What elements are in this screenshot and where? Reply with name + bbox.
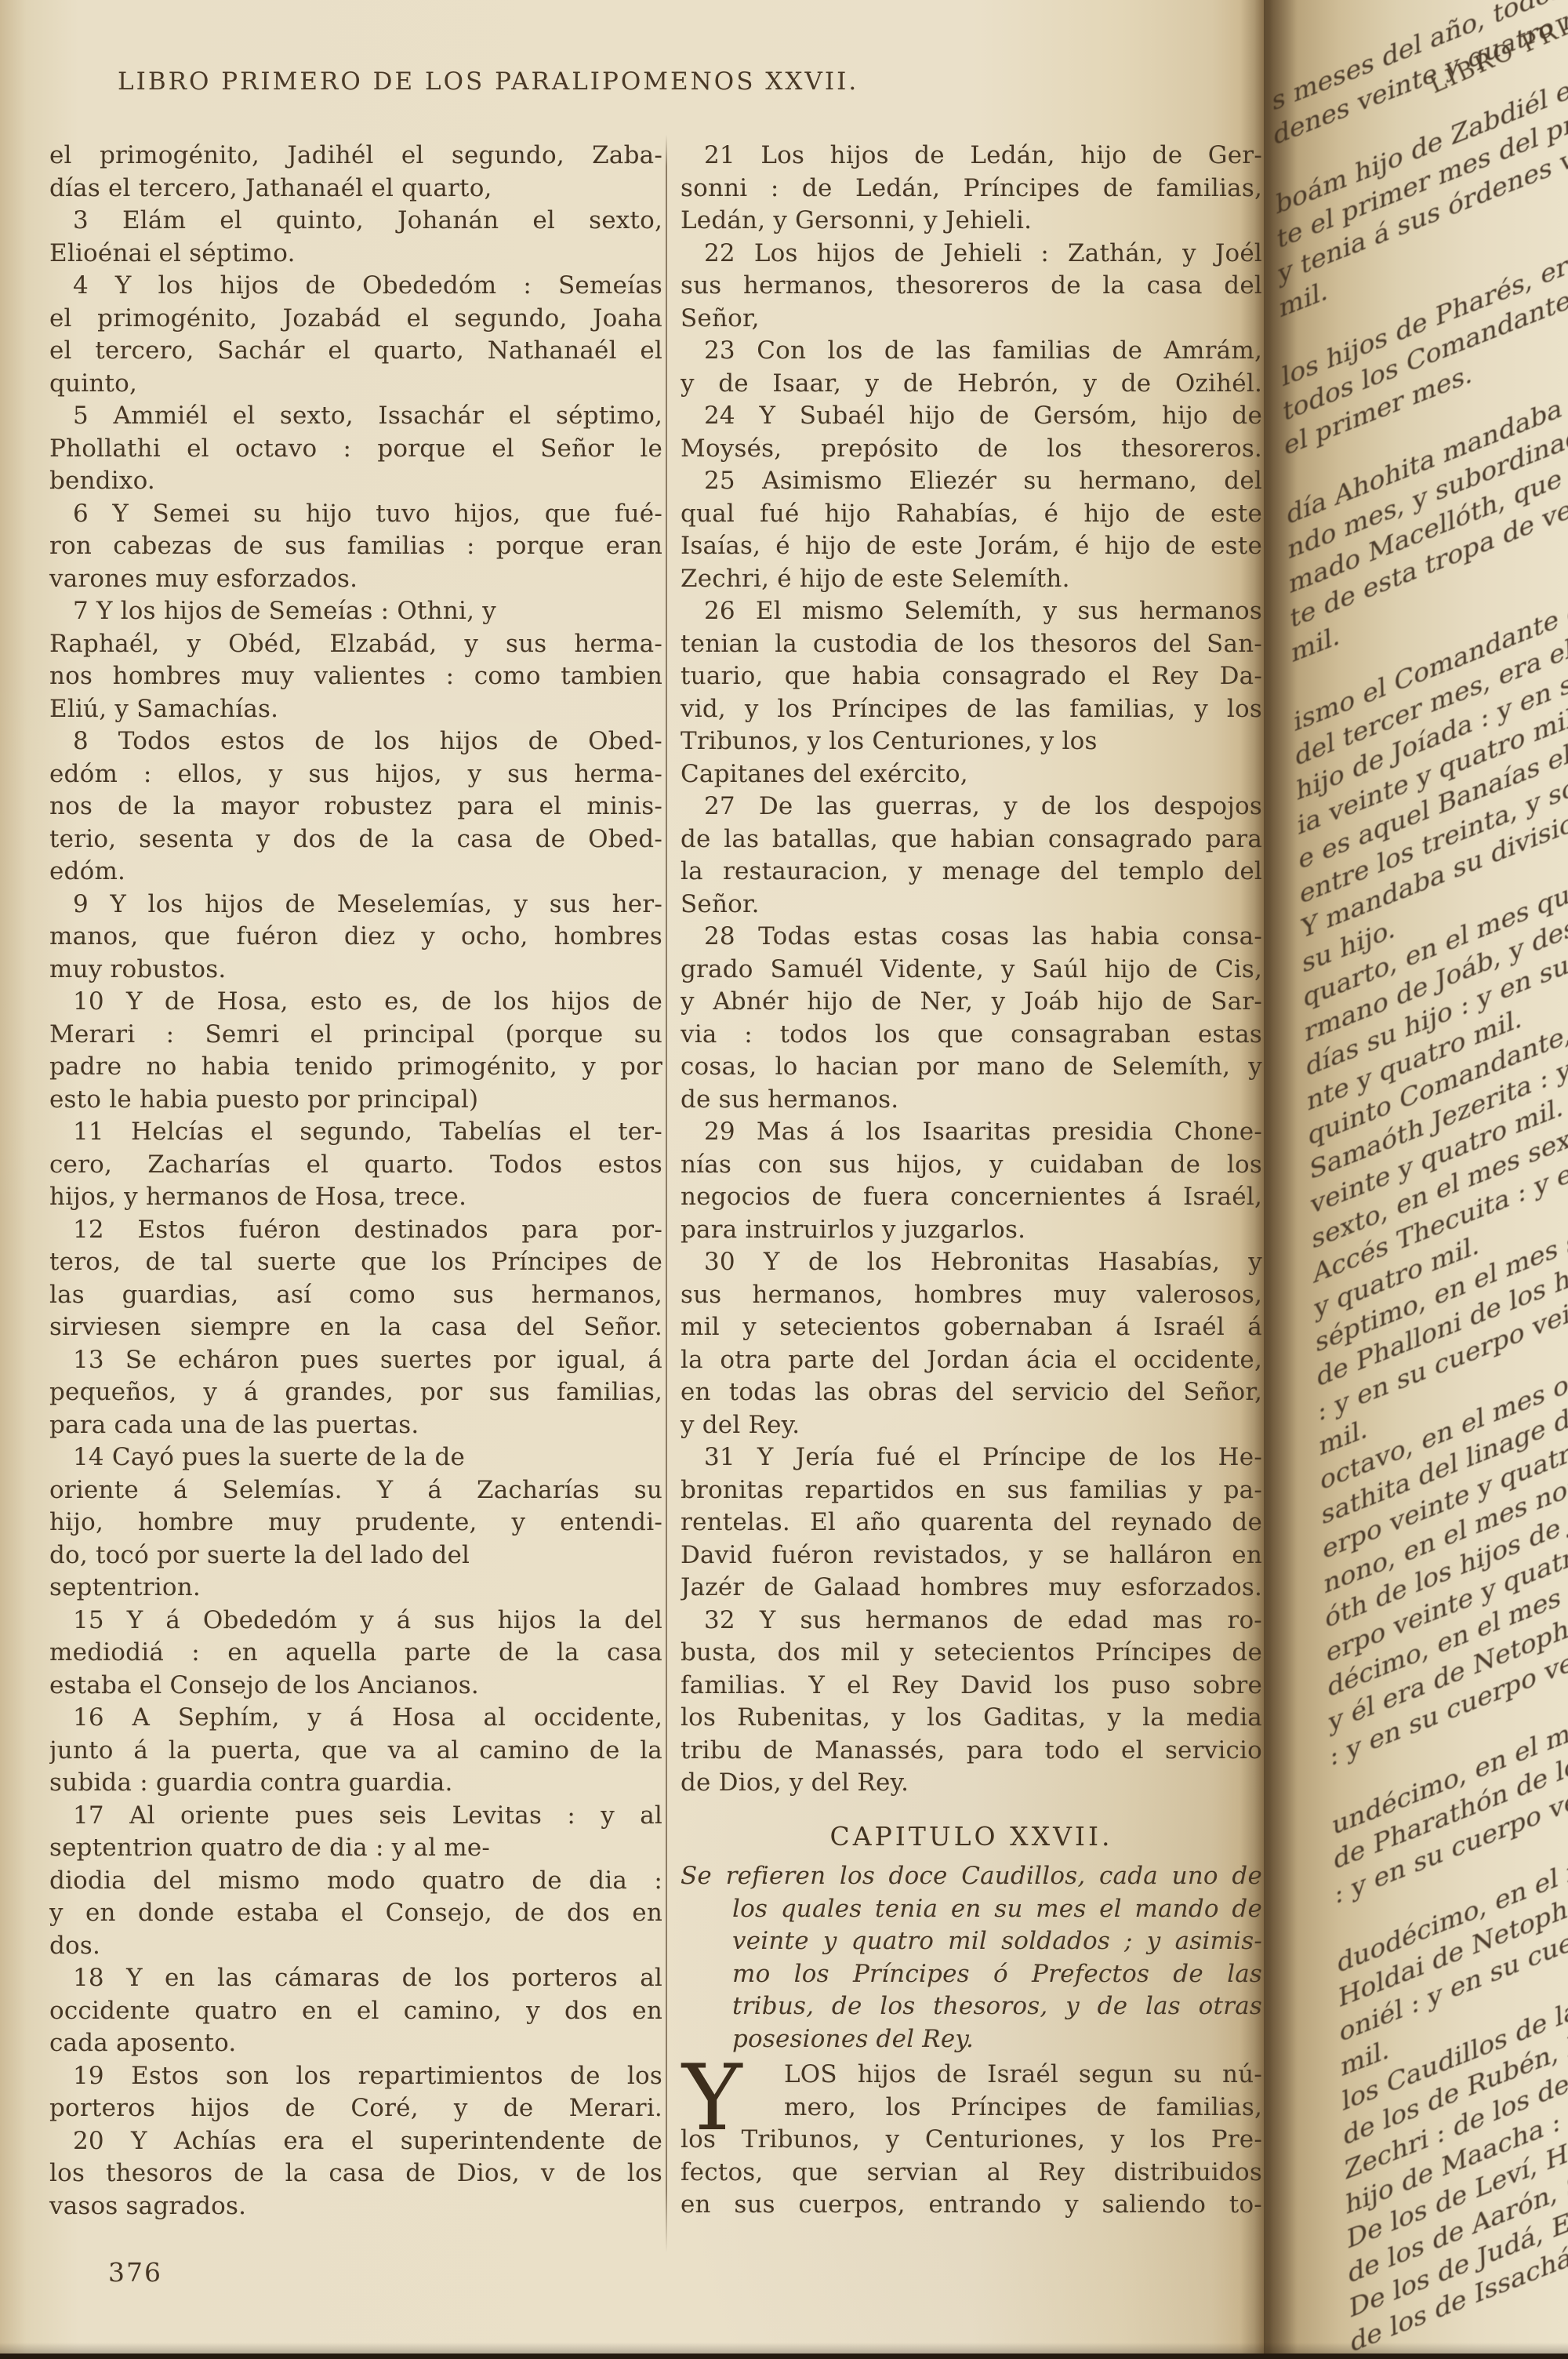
chapter-opening: Y LOS hijos de Israél segun su nú-mero, … [681, 2059, 1262, 2222]
column-divider-rule [666, 135, 667, 2252]
page-number: 376 [108, 2257, 162, 2288]
left-column: el primogénito, Jadihél el segundo, Zaba… [49, 140, 662, 2223]
right-column: 21 Los hijos de Ledán, hijo de Ger-sonni… [681, 140, 1262, 2222]
chapter-opening-lines: los Tribunos, y Centuriones, y los Pre-f… [681, 2124, 1262, 2222]
chapter-summary: Se refieren los doce Caudillos, cada uno… [681, 1860, 1262, 2055]
next-page-curved-edge: LIBRO PRI s meses del año, todos estos t… [1264, 0, 1568, 2359]
next-page-text-fragments: s meses del año, todos estos terdenes ve… [1272, 0, 1568, 2359]
chapter-heading: CAPITULO XXVII. [681, 1820, 1262, 1853]
dropcap-letter: Y [682, 2063, 742, 2134]
running-header: LIBRO PRIMERO DE LOS PARALIPOMENOS XXVII… [118, 67, 588, 96]
right-column-verses: 21 Los hijos de Ledán, hijo de Ger-sonni… [681, 140, 1262, 1800]
book-photo: LIBRO PRIMERO DE LOS PARALIPOMENOS XXVII… [0, 0, 1568, 2359]
dropcap-indented-lines: LOS hijos de Israél segun su nú-mero, lo… [681, 2059, 1262, 2124]
photo-bottom-edge [0, 2354, 1568, 2359]
